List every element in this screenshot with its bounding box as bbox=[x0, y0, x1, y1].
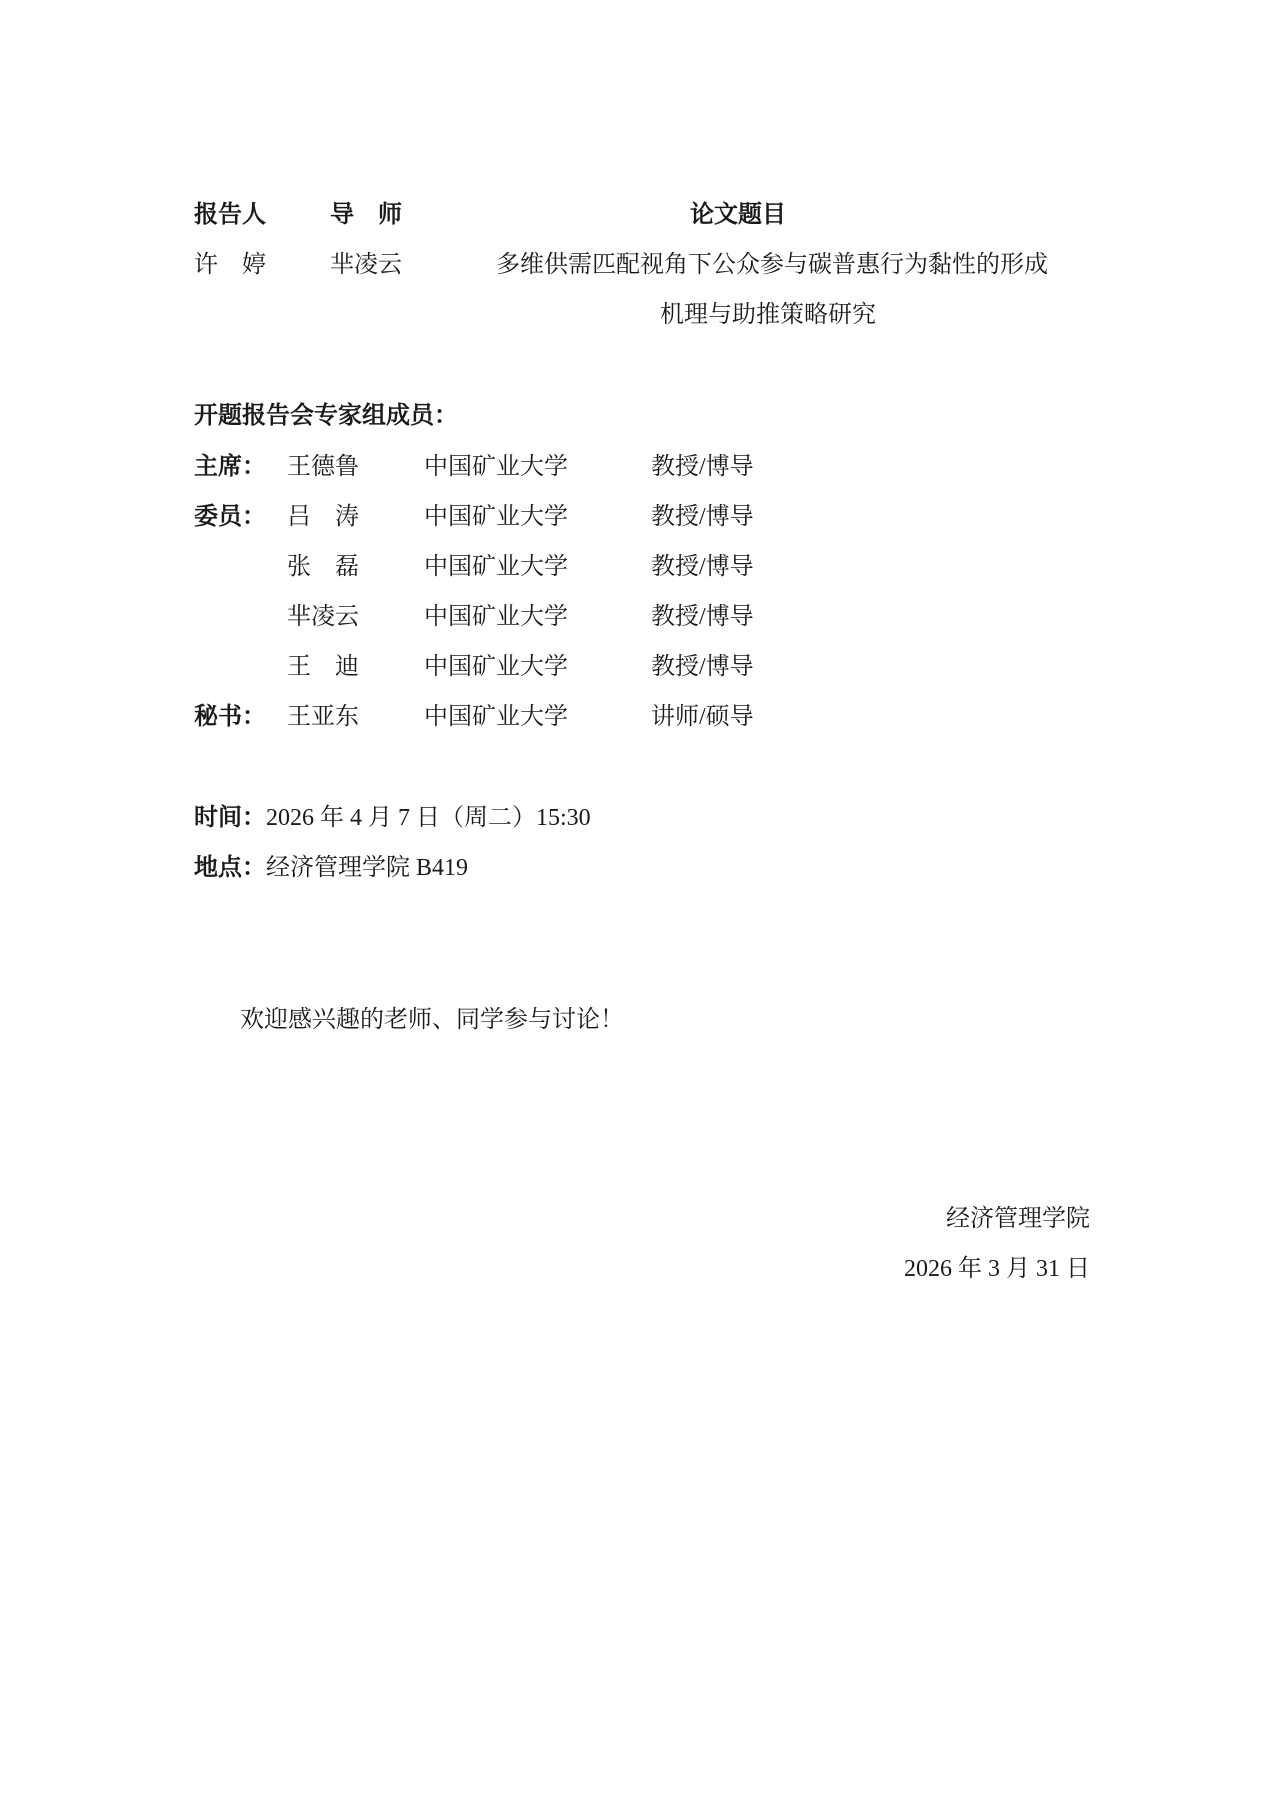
thesis-title-header: 论文题目 bbox=[690, 203, 786, 227]
member-name: 吕 涛 bbox=[287, 505, 359, 529]
reporter-header: 报告人 bbox=[194, 203, 266, 227]
member-name: 张 磊 bbox=[287, 555, 359, 579]
committee-member-row: 委员： 吕 涛 中国矿业大学 教授/博导 bbox=[0, 505, 1280, 535]
committee-member-row: 王 迪 中国矿业大学 教授/博导 bbox=[0, 655, 1280, 685]
place-value: 经济管理学院 B419 bbox=[266, 855, 468, 881]
member-affiliation: 中国矿业大学 bbox=[424, 705, 568, 729]
place-label: 地点： bbox=[194, 854, 266, 881]
member-title: 教授/博导 bbox=[651, 555, 754, 579]
member-title: 讲师/硕导 bbox=[651, 705, 754, 729]
member-title: 教授/博导 bbox=[651, 655, 754, 679]
committee-member-row: 主席： 王德鲁 中国矿业大学 教授/博导 bbox=[0, 455, 1280, 485]
member-affiliation: 中国矿业大学 bbox=[424, 655, 568, 679]
signature-org: 经济管理学院 bbox=[946, 1207, 1090, 1231]
member-role: 主席： bbox=[194, 455, 266, 479]
place-line: 地点：经济管理学院 B419 bbox=[194, 856, 468, 880]
advisor-name: 芈凌云 bbox=[330, 253, 402, 277]
committee-member-row: 张 磊 中国矿业大学 教授/博导 bbox=[0, 555, 1280, 585]
advisor-header: 导 师 bbox=[330, 203, 402, 227]
time-label: 时间： bbox=[194, 804, 266, 831]
member-role: 委员： bbox=[194, 505, 266, 529]
member-affiliation: 中国矿业大学 bbox=[424, 555, 568, 579]
member-affiliation: 中国矿业大学 bbox=[424, 455, 568, 479]
committee-member-row: 秘书： 王亚东 中国矿业大学 讲师/硕导 bbox=[0, 705, 1280, 735]
member-name: 王 迪 bbox=[287, 655, 359, 679]
committee-heading: 开题报告会专家组成员： bbox=[194, 404, 458, 428]
signature-date: 2026 年 3 月 31 日 bbox=[904, 1257, 1090, 1281]
member-role: 秘书： bbox=[194, 705, 266, 729]
member-title: 教授/博导 bbox=[651, 505, 754, 529]
reporter-name: 许 婷 bbox=[194, 253, 266, 277]
member-name: 芈凌云 bbox=[287, 605, 359, 629]
member-affiliation: 中国矿业大学 bbox=[424, 605, 568, 629]
thesis-title-line1: 多维供需匹配视角下公众参与碳普惠行为黏性的形成 bbox=[496, 253, 1048, 277]
time-value: 2026 年 4 月 7 日（周二）15:30 bbox=[266, 805, 591, 831]
committee-member-row: 芈凌云 中国矿业大学 教授/博导 bbox=[0, 605, 1280, 635]
member-name: 王德鲁 bbox=[287, 455, 359, 479]
invitation-text: 欢迎感兴趣的老师、同学参与讨论！ bbox=[240, 1008, 624, 1032]
member-title: 教授/博导 bbox=[651, 605, 754, 629]
member-name: 王亚东 bbox=[287, 705, 359, 729]
member-affiliation: 中国矿业大学 bbox=[424, 505, 568, 529]
time-line: 时间：2026 年 4 月 7 日（周二）15:30 bbox=[194, 806, 591, 830]
thesis-title-line2: 机理与助推策略研究 bbox=[660, 303, 876, 327]
member-title: 教授/博导 bbox=[651, 455, 754, 479]
